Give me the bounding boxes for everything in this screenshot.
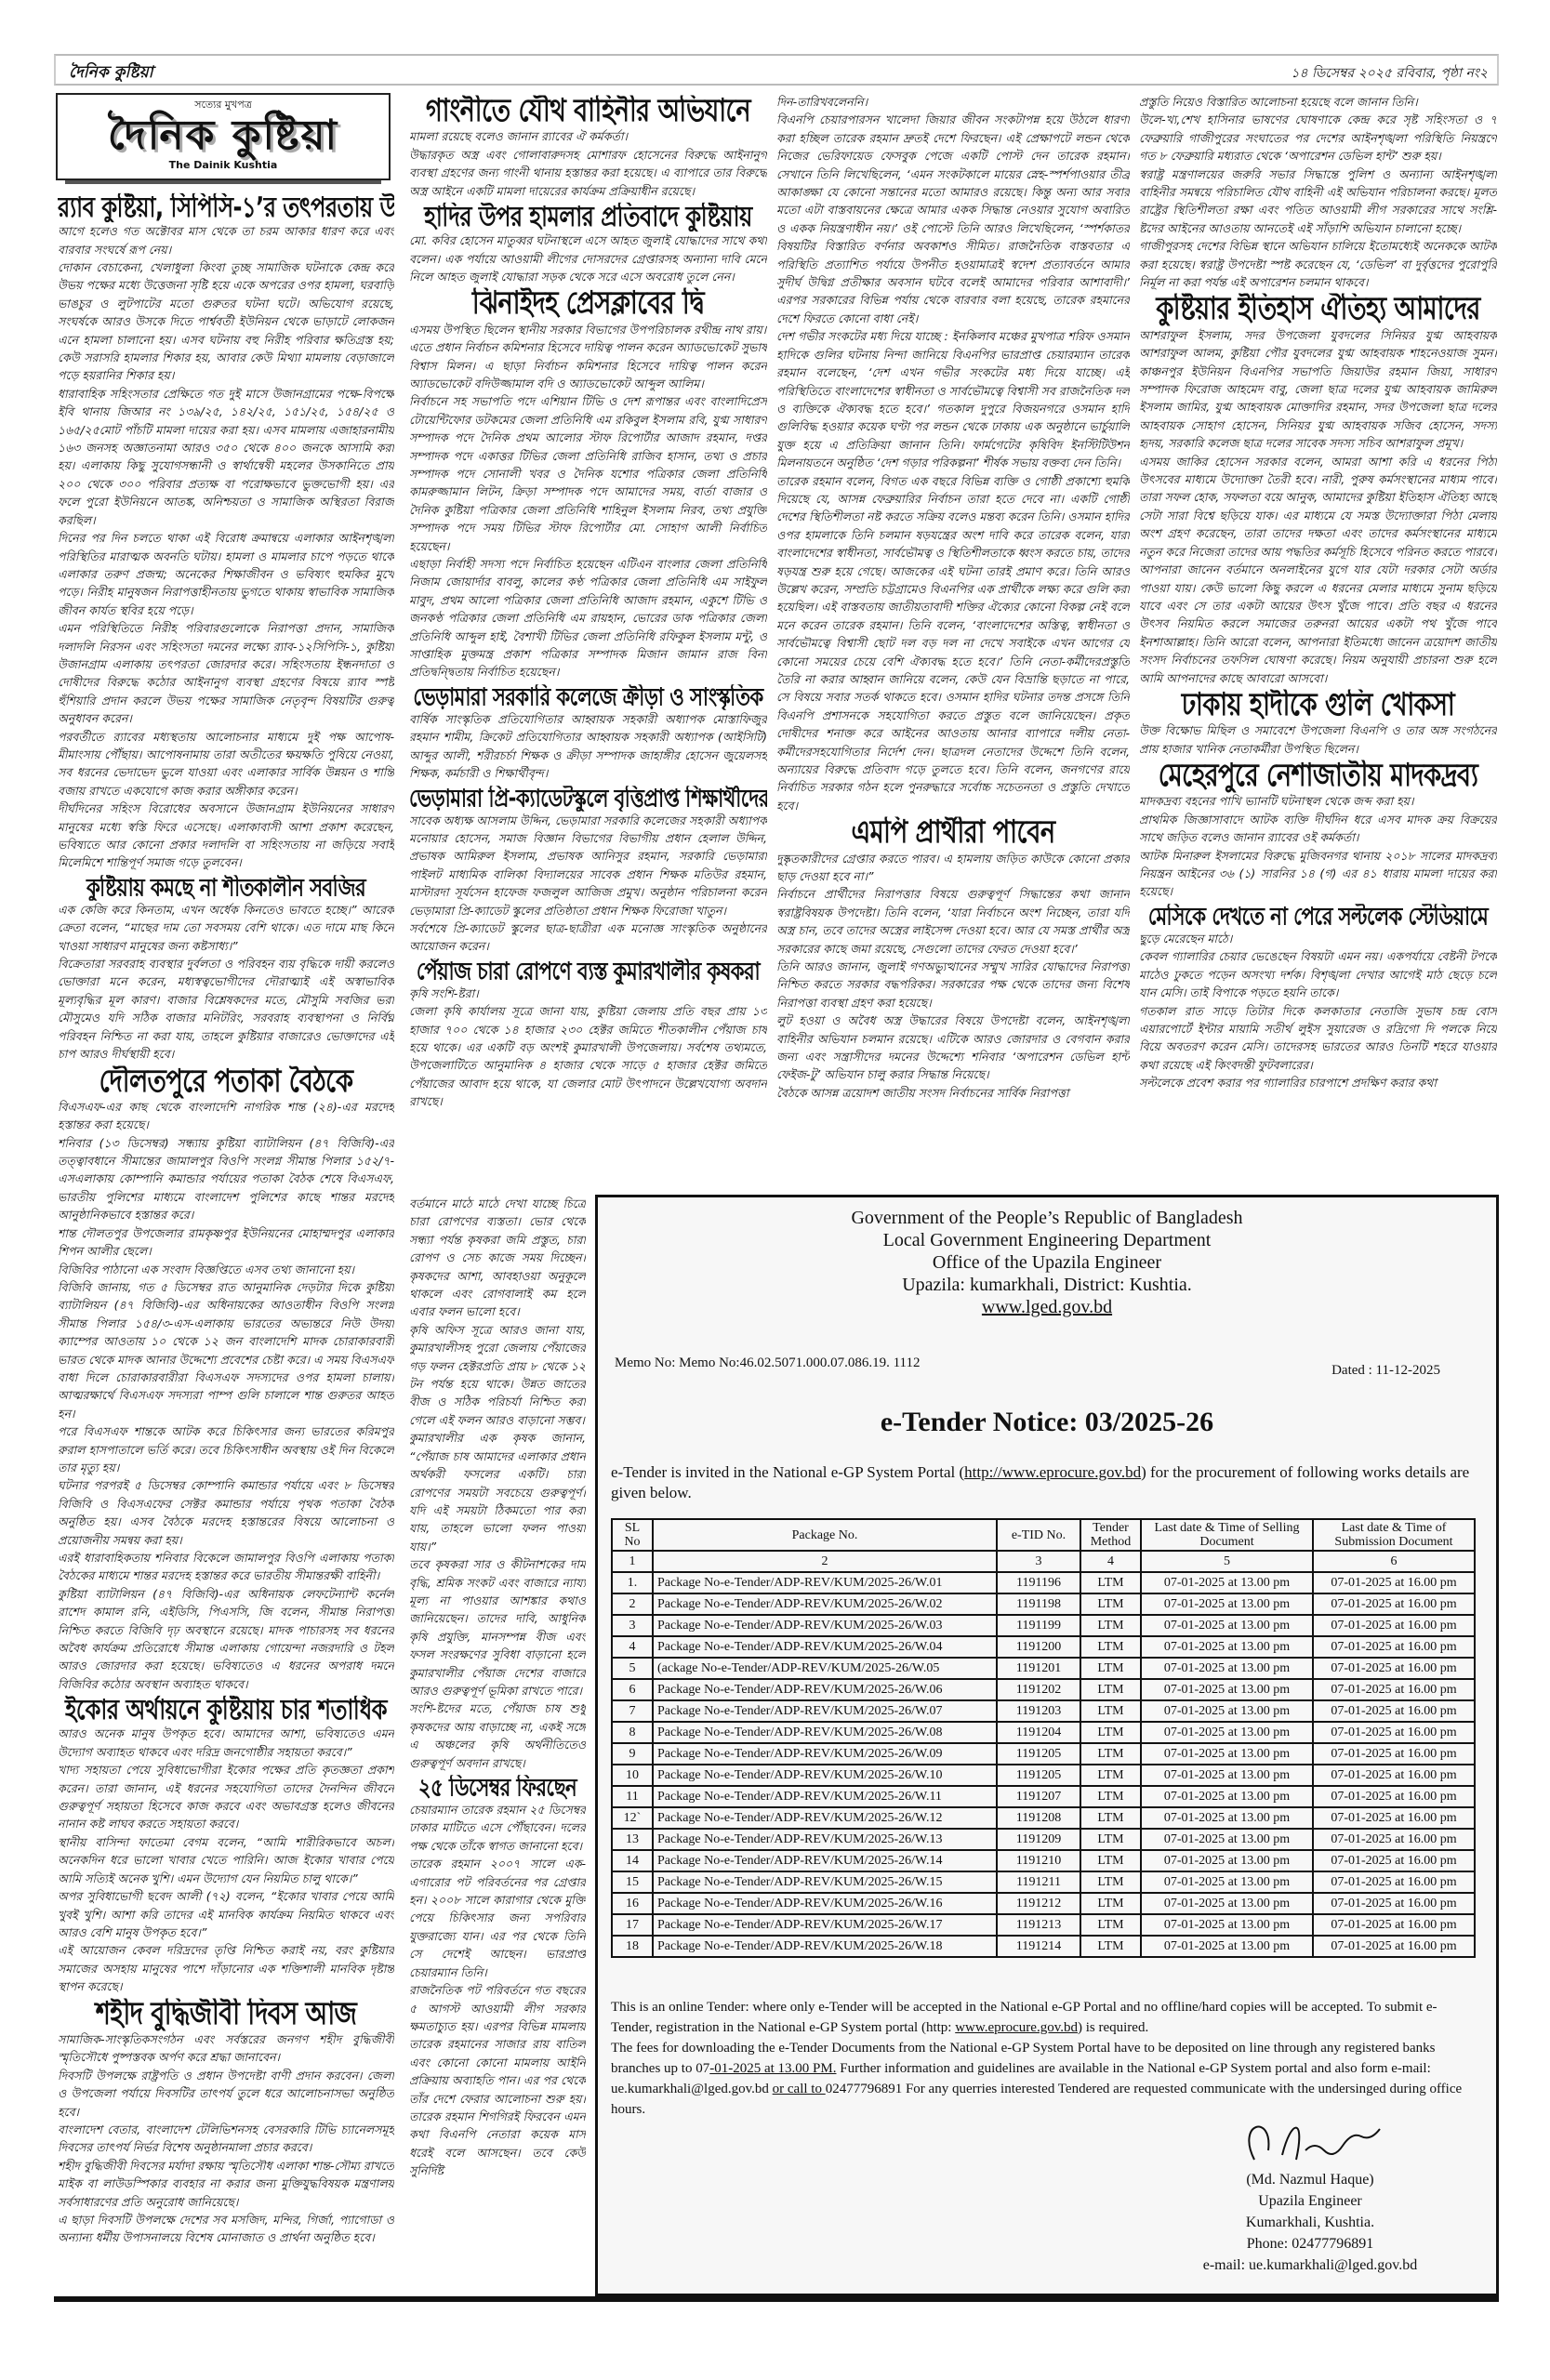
cell-submission: 07-01-2025 at 16.00 pm — [1313, 1765, 1475, 1786]
table-row: 4Package No-e-Tender/ADP-REV/KUM/2025-26… — [612, 1636, 1475, 1658]
signatory-phone: Phone: 02477796891 — [1189, 2233, 1431, 2254]
article-paragraph: স্থানীয় বাসিন্দা ফাতেমা বেগম বলেন, “আমি… — [58, 1833, 394, 1887]
cell-method: LTM — [1080, 1593, 1141, 1615]
headline: মেহেরপুরে নেশাজাতীয় মাদকদ্রব্য — [1139, 760, 1497, 793]
cell-sl: 11 — [612, 1786, 653, 1807]
cell-package: Package No-e-Tender/ADP-REV/KUM/2025-26/… — [653, 1722, 997, 1743]
cell-method: LTM — [1080, 1636, 1141, 1658]
cell-selling: 07-01-2025 at 13.00 pm — [1141, 1850, 1313, 1871]
article-paragraph: দিনের পর দিন চলতে থাকা এই বিরোধ ক্রমান্ব… — [58, 529, 394, 619]
terms-text: ) is required. — [1078, 2020, 1148, 2035]
cell-method: LTM — [1080, 1936, 1141, 1957]
table-row: 10Package No-e-Tender/ADP-REV/KUM/2025-2… — [612, 1765, 1475, 1786]
article-paragraph: সাবেক অধ্যক্ষ আসলাম উদ্দিন, ভেড়ামারা সর… — [409, 812, 767, 919]
cell-sl: 16 — [612, 1893, 653, 1914]
tender-intro: e-Tender is invited in the National e-GP… — [611, 1462, 1477, 1503]
article-paragraph: সর্বশেষে প্রি-ক্যাডেট স্কুলের ছাত্র-ছাত্… — [409, 919, 767, 956]
article-paragraph: বার্ষিক সাংস্কৃতিক প্রতিযোগিতার আহ্বায়ক… — [409, 710, 767, 783]
article-paragraph: ধারাবাহিক সহিংসতার প্রেক্ষিতে গত দুই মাস… — [58, 385, 394, 529]
cell-method: LTM — [1080, 1572, 1141, 1593]
table-column-number-row: 1 2 3 4 5 6 — [612, 1551, 1475, 1572]
headline: কুষ্টিয়ার ইতিহাস ঐতিহ্য আমাদের — [1139, 294, 1497, 326]
column-3: দিন-তারিখবলেননি। বিএনপি চেয়ারপারসন খালে… — [776, 93, 1130, 1190]
article-gangni-joint: গাংনীতে যৌথ বাহিনীর অভিযানে মামলা রয়েছে… — [409, 99, 767, 200]
article-paragraph: সামাজিক-সাংস্কৃতিকসংগঠন এবং সর্বস্তরের জ… — [58, 2030, 394, 2067]
cell-etid: 1191209 — [997, 1829, 1080, 1850]
article-paragraph: মাদকদ্রব্য বহনের পাখি ভ্যানটি ঘটনাস্থল থ… — [1139, 792, 1497, 810]
headline: ইকোর অর্থায়নে কুষ্টিয়ায় চার শতাধিক — [58, 1696, 394, 1725]
cell-package: Package No-e-Tender/ADP-REV/KUM/2025-26/… — [653, 1829, 997, 1850]
table-row: 8Package No-e-Tender/ADP-REV/KUM/2025-26… — [612, 1722, 1475, 1743]
article-paragraph: পরবর্তীতে র‌্যাবের মধ্যস্থতায় আলোচনার ম… — [58, 728, 394, 800]
article-paragraph: উলে-খ্য,শেখ হাসিনার ভাষণের ঘোষণাকে কেন্দ… — [1139, 111, 1497, 165]
article-paragraph: আশরাফুল ইসলাম, সদর উপজেলা যুবদলের সিনিয়… — [1139, 326, 1497, 453]
article-paragraph: লুট হওয়া ও অবৈধ অস্ত্র উদ্ধারের বিষয়ে … — [776, 1011, 1130, 1084]
cell-method: LTM — [1080, 1871, 1141, 1893]
masthead-name: দৈনিক কুষ্টিয়া — [58, 114, 389, 157]
article-paragraph: এমন পরিস্থিতিতে নিরীহ পরিবারগুলোকে নিরাপ… — [58, 619, 394, 727]
cell-sl: 8 — [612, 1722, 653, 1743]
article-paragraph: দোকান বেচাকেনা, খেলাধুলা কিংবা তুচ্ছ সাম… — [58, 258, 394, 385]
signatory-location: Kumarkhali, Kushtia. — [1189, 2212, 1431, 2233]
article-bheramara-college: ভেড়ামারা সরকারি কলেজে ক্রীড়া ও সাংস্কৃ… — [409, 687, 767, 783]
eprocure-link[interactable]: www.eprocure.gov.bd — [955, 2020, 1078, 2035]
cell-package: Package No-e-Tender/ADP-REV/KUM/2025-26/… — [653, 1636, 997, 1658]
cell-method: LTM — [1080, 1786, 1141, 1807]
cell-submission: 07-01-2025 at 16.00 pm — [1313, 1636, 1475, 1658]
headline: ভেড়ামারা প্রি-ক্যাডেটস্কুলে বৃত্তিপ্রাপ… — [409, 786, 767, 812]
cell-package: Package No-e-Tender/ADP-REV/KUM/2025-26/… — [653, 1572, 997, 1593]
tender-table-body: 1.Package No-e-Tender/ADP-REV/KUM/2025-2… — [612, 1572, 1475, 1957]
cell-method: LTM — [1080, 1914, 1141, 1936]
headline: র‌্যাব কুষ্টিয়া, সিপিসি-১’র তৎপরতায় উজ… — [58, 193, 394, 222]
headline: হাদির উপর হামলার প্রতিবাদে কুষ্টিয়ায় — [409, 203, 767, 231]
cell-submission: 07-01-2025 at 16.00 pm — [1313, 1572, 1475, 1593]
table-row: 12`Package No-e-Tender/ADP-REV/KUM/2025-… — [612, 1807, 1475, 1829]
cell-package: Package No-e-Tender/ADP-REV/KUM/2025-26/… — [653, 1743, 997, 1765]
article-paragraph: কুষ্টিয়া ব্যাটালিয়ন (৪৭ বিজিবি)-এর অধি… — [58, 1585, 394, 1693]
article-paragraph: বৈঠকে আসন্ন ত্রয়োদশ জাতীয় সংসদ নির্বাচ… — [776, 1084, 1130, 1102]
article-paragraph: পরে বিএসএফ শান্তকে আটক করে চিকিৎসার জন্য… — [58, 1422, 394, 1476]
article-paragraph: তারেক রহমান ২০০৭ সালে এক-এগারোর পট পরিবর… — [409, 1855, 586, 1981]
signatory-designation: Upazila Engineer — [1189, 2190, 1431, 2212]
column-2-upper: গাংনীতে যৌথ বাহিনীর অভিযানে মামলা রয়েছে… — [409, 93, 767, 1190]
headline: ঝিনাইদহ প্রেসক্লাবের দ্বি — [409, 288, 767, 321]
masthead-logo: সত্যের মুখপত্র দৈনিক কুষ্টিয়া The Daini… — [56, 93, 391, 180]
cell-sl: 1. — [612, 1572, 653, 1593]
cell-method: LTM — [1080, 1893, 1141, 1914]
cell-selling: 07-01-2025 at 13.00 pm — [1141, 1572, 1313, 1593]
article-paragraph: দীর্ঘদিনের সহিংস বিরোধের অবসানে উজানগ্রা… — [58, 800, 394, 872]
cell-sl: 7 — [612, 1700, 653, 1722]
table-row: 18Package No-e-Tender/ADP-REV/KUM/2025-2… — [612, 1936, 1475, 1957]
header-line: Office of the Upazila Engineer — [598, 1251, 1496, 1274]
article-paragraph: বিক্রেতারা সরবরাহ ব্যবস্থার দুর্বলতা ও প… — [58, 955, 394, 1063]
headline: এমপি প্রার্থীরা পাবেন — [776, 817, 1130, 850]
cell-sl: 9 — [612, 1743, 653, 1765]
cell-method: LTM — [1080, 1765, 1141, 1786]
table-row: 15Package No-e-Tender/ADP-REV/KUM/2025-2… — [612, 1871, 1475, 1893]
article-paragraph: জেলা কৃষি কার্যালয় সূত্রে জানা যায়, কু… — [409, 1002, 767, 1110]
cell-sl: 12` — [612, 1807, 653, 1829]
eprocure-link[interactable]: http://www.eprocure.gov.bd — [964, 1463, 1141, 1481]
cell-package: Package No-e-Tender/ADP-REV/KUM/2025-26/… — [653, 1893, 997, 1914]
table-row: 6Package No-e-Tender/ADP-REV/KUM/2025-26… — [612, 1679, 1475, 1700]
cell-sl: 10 — [612, 1765, 653, 1786]
cell-selling: 07-01-2025 at 13.00 pm — [1141, 1636, 1313, 1658]
cell-method: LTM — [1080, 1829, 1141, 1850]
cell-submission: 07-01-2025 at 16.00 pm — [1313, 1743, 1475, 1765]
cell-package: (ackage No-e-Tender/ADP-REV/KUM/2025-26/… — [653, 1658, 997, 1679]
cell-sl: 13 — [612, 1829, 653, 1850]
dated: Dated : 11-12-2025 — [1331, 1363, 1440, 1379]
cell-selling: 07-01-2025 at 13.00 pm — [1141, 1679, 1313, 1700]
article-paragraph: এতে প্রধান নির্বাচন কমিশনার হিসেবে দায়ি… — [409, 338, 767, 392]
cell-sl: 5 — [612, 1658, 653, 1679]
cell-sl: 14 — [612, 1850, 653, 1871]
cell-etid: 1191203 — [997, 1700, 1080, 1722]
column-number: 3 — [997, 1551, 1080, 1572]
headline: ২৫ ডিসেম্বর ফিরছেন — [409, 1775, 586, 1801]
cell-method: LTM — [1080, 1850, 1141, 1871]
table-row: 3Package No-e-Tender/ADP-REV/KUM/2025-26… — [612, 1615, 1475, 1636]
article-daulatpur-flag: দৌলতপুরে পতাকা বৈঠকে বিএসএফ-এর কাছ থেকে … — [58, 1069, 394, 1694]
article-paragraph: দিবসটি উপলক্ষে রাষ্ট্রপতি ও প্রধান উপদেষ… — [58, 2067, 394, 2121]
table-row: 2Package No-e-Tender/ADP-REV/KUM/2025-26… — [612, 1593, 1475, 1615]
article-paragraph: এসময় উপস্থিত ছিলেন স্থানীয় সরকার বিভাগ… — [409, 321, 767, 338]
article-paragraph: নির্বাচনে প্রার্থীদের নিরাপত্তার বিষয়ে … — [776, 885, 1130, 958]
article-rab-ujangram: র‌্যাব কুষ্টিয়া, সিপিসি-১’র তৎপরতায় উজ… — [58, 196, 394, 872]
cell-selling: 07-01-2025 at 13.00 pm — [1141, 1722, 1313, 1743]
table-header-row: SL No Package No. e-TID No. Tender Metho… — [612, 1519, 1475, 1551]
table-row: 5(ackage No-e-Tender/ADP-REV/KUM/2025-26… — [612, 1658, 1475, 1679]
article-paragraph: দুষ্কৃতকারীদের গ্রেপ্তার করতে পারব। এ হা… — [776, 850, 1130, 886]
cell-selling: 07-01-2025 at 13.00 pm — [1141, 1658, 1313, 1679]
article-paragraph: শহীদ বুদ্ধিজীবী দিবসের মর্যাদা রক্ষায় স… — [58, 2157, 394, 2211]
column-2-lower: বর্তমানে মাঠে মাঠে দেখা যাচ্ছে চিত্রে চা… — [409, 1195, 586, 2292]
column-header: Tender Method — [1080, 1519, 1141, 1551]
header-line: Upazila: kumarkhali, District: Kushtia. — [598, 1274, 1496, 1296]
tender-office-header: Government of the People’s Republic of B… — [598, 1207, 1496, 1318]
cell-etid: 1191199 — [997, 1615, 1080, 1636]
article-paragraph: দেশ গভীর সংকটের মধ্য দিয়ে যাচ্ছে : ইনকি… — [776, 327, 1130, 471]
masthead-name-en: The Dainik Kushtia — [58, 159, 389, 171]
table-row: 11Package No-e-Tender/ADP-REV/KUM/2025-2… — [612, 1786, 1475, 1807]
cell-etid: 1191210 — [997, 1850, 1080, 1871]
column-number: 5 — [1141, 1551, 1313, 1572]
article-paragraph: কৃষি সংশি-ষ্টরা। — [409, 985, 767, 1002]
column-number: 4 — [1080, 1551, 1141, 1572]
cell-method: LTM — [1080, 1615, 1141, 1636]
cell-sl: 18 — [612, 1936, 653, 1957]
cell-submission: 07-01-2025 at 16.00 pm — [1313, 1914, 1475, 1936]
column-number: 2 — [653, 1551, 997, 1572]
signatory-name: (Md. Nazmul Haque) — [1189, 2169, 1431, 2190]
cell-selling: 07-01-2025 at 13.00 pm — [1141, 1765, 1313, 1786]
article-paragraph: খাদ্য সহায়তা পেয়ে সুবিধাভোগীরা ইকোর পক… — [58, 1761, 394, 1833]
cell-method: LTM — [1080, 1679, 1141, 1700]
article-paragraph: অপর সুবিধাভোগী ছবেদ আলী (৭২) বলেন, “ইকোর… — [58, 1887, 394, 1941]
cell-etid: 1191213 — [997, 1914, 1080, 1936]
article-paragraph: সল্টলেকে প্রবেশ করার পর গ্যালারির চারপাশ… — [1139, 1074, 1497, 1091]
paper-name: দৈনিক কুষ্টিয়া — [69, 60, 153, 86]
cell-package: Package No-e-Tender/ADP-REV/KUM/2025-26/… — [653, 1850, 997, 1871]
cell-selling: 07-01-2025 at 13.00 pm — [1141, 1829, 1313, 1850]
article-paragraph: শনিবার (১৩ ডিসেম্বর) সন্ধ্যায় কুষ্টিয়া… — [58, 1134, 394, 1224]
article-paragraph: তিনি আরও জানান, জুলাই গণঅভ্যুত্থানের সম্… — [776, 958, 1130, 1011]
cell-etid: 1191212 — [997, 1893, 1080, 1914]
cell-submission: 07-01-2025 at 16.00 pm — [1313, 1615, 1475, 1636]
article-paragraph: প্রস্তুতি নিয়েও বিস্তারিত আলোচনা হয়েছে… — [1139, 93, 1497, 111]
cell-method: LTM — [1080, 1743, 1141, 1765]
article-paragraph: এছাড়া নির্বাহী সদস্য পদে নির্বাচিত হয়ে… — [409, 555, 767, 681]
cell-sl: 3 — [612, 1615, 653, 1636]
article-paragraph: বাংলাদেশ বেতার, বাংলাদেশ টেলিভিশনসহ বেসর… — [58, 2121, 394, 2157]
table-row: 1.Package No-e-Tender/ADP-REV/KUM/2025-2… — [612, 1572, 1475, 1593]
headline: মেসিকে দেখতে না পেরে সল্টলেক স্টেডিয়ামে — [1139, 904, 1497, 930]
cell-selling: 07-01-2025 at 13.00 pm — [1141, 1593, 1313, 1615]
cell-submission: 07-01-2025 at 16.00 pm — [1313, 1658, 1475, 1679]
cell-submission: 07-01-2025 at 16.00 pm — [1313, 1679, 1475, 1700]
article-paragraph: ঘটনার পরপরই ৫ ডিসেম্বর কোম্পানি কমান্ডার… — [58, 1476, 394, 1549]
article-paragraph: এসময় জাকির হোসেন সরকার বলেন, আমরা আশা ক… — [1139, 453, 1497, 687]
cell-submission: 07-01-2025 at 16.00 pm — [1313, 1829, 1475, 1850]
cell-etid: 1191205 — [997, 1765, 1080, 1786]
column-header: Package No. — [653, 1519, 997, 1551]
article-paragraph: বিএনপি চেয়ারপারসন খালেদা জিয়ার জীবন সং… — [776, 111, 1130, 327]
intro-text: e-Tender is invited in the National e-GP… — [611, 1463, 964, 1481]
cell-etid: 1191205 — [997, 1743, 1080, 1765]
date-page-info: ১৪ ডিসেম্বর ২০২৫ রবিবার, পৃষ্ঠা নং২ — [1291, 62, 1488, 85]
cell-sl: 15 — [612, 1871, 653, 1893]
cell-package: Package No-e-Tender/ADP-REV/KUM/2025-26/… — [653, 1914, 997, 1936]
article-meherpur-drugs: মেহেরপুরে নেশাজাতীয় মাদকদ্রব্য মাদকদ্রব… — [1139, 763, 1497, 901]
cell-selling: 07-01-2025 at 13.00 pm — [1141, 1936, 1313, 1957]
cell-package: Package No-e-Tender/ADP-REV/KUM/2025-26/… — [653, 1807, 997, 1829]
article-hadi-protest: হাদির উপর হামলার প্রতিবাদে কুষ্টিয়ায় ম… — [409, 205, 767, 285]
article-paragraph: গতকাল রাত সাড়ে তিটার দিকে কলকাতার নেতাজ… — [1139, 1002, 1497, 1075]
article-paragraph: মামলা রয়েছে বলেও জানান র‌্যাবের ঐ কর্মক… — [409, 127, 767, 145]
article-martyred-intellectuals: শহীদ বুদ্ধিজীবী দিবস আজ সামাজিক-সাংস্কৃত… — [58, 2002, 394, 2247]
cell-etid: 1191200 — [997, 1636, 1080, 1658]
cell-package: Package No-e-Tender/ADP-REV/KUM/2025-26/… — [653, 1936, 997, 1957]
tender-advertisement: Government of the People’s Republic of B… — [595, 1195, 1499, 2296]
cell-package: Package No-e-Tender/ADP-REV/KUM/2025-26/… — [653, 1679, 997, 1700]
cell-method: LTM — [1080, 1807, 1141, 1829]
table-row: 9Package No-e-Tender/ADP-REV/KUM/2025-26… — [612, 1743, 1475, 1765]
article-paragraph: উদ্ধারকৃত অস্ত্র এবং গোলাবারুদসহ মোশারফ … — [409, 146, 767, 200]
cell-package: Package No-e-Tender/ADP-REV/KUM/2025-26/… — [653, 1786, 997, 1807]
cell-etid: 1191196 — [997, 1572, 1080, 1593]
call-text: or call to — [773, 2082, 826, 2096]
article-paragraph: রাজনৈতিক পট পরিবর্তনে গত বছরের ৫ আগস্ট আ… — [409, 1981, 586, 2179]
headline: পেঁয়াজ চারা রোপণে ব্যস্ত কুমারখালীর কৃষ… — [409, 959, 767, 985]
cell-package: Package No-e-Tender/ADP-REV/KUM/2025-26/… — [653, 1871, 997, 1893]
cell-submission: 07-01-2025 at 16.00 pm — [1313, 1786, 1475, 1807]
table-row: 14Package No-e-Tender/ADP-REV/KUM/2025-2… — [612, 1850, 1475, 1871]
cell-etid: 1191202 — [997, 1679, 1080, 1700]
headline: দৌলতপুরে পতাকা বৈঠকে — [58, 1065, 394, 1098]
cell-submission: 07-01-2025 at 16.00 pm — [1313, 1936, 1475, 1957]
cell-submission: 07-01-2025 at 16.00 pm — [1313, 1700, 1475, 1722]
cell-method: LTM — [1080, 1658, 1141, 1679]
header-line: Government of the People’s Republic of B… — [598, 1207, 1496, 1229]
cell-package: Package No-e-Tender/ADP-REV/KUM/2025-26/… — [653, 1593, 997, 1615]
table-row: 17Package No-e-Tender/ADP-REV/KUM/2025-2… — [612, 1914, 1475, 1936]
article-paragraph: আরও অনেক মানুষ উপকৃত হবে। আমাদের আশা, ভব… — [58, 1725, 394, 1761]
page-bottom-rule — [54, 2296, 1499, 2302]
cell-etid: 1191204 — [997, 1722, 1080, 1743]
column-header: Last date & Time of Submission Document — [1313, 1519, 1475, 1551]
signature-block: (Md. Nazmul Haque) Upazila Engineer Kuma… — [1189, 2113, 1431, 2276]
deadline-text: -01-2025 at 13.00 PM. — [709, 2061, 836, 2076]
article-paragraph: কৃষি অফিস সূত্রে আরও জানা যায়, কুমারখাল… — [409, 1321, 586, 1429]
article-paragraph: শান্ত দৌলতপুর উপজেলার রামকৃষ্ণপুর ইউনিয়… — [58, 1224, 394, 1261]
cell-etid: 1191211 — [997, 1871, 1080, 1893]
article-icor-char: ইকোর অর্থায়নে কুষ্টিয়ায় চার শতাধিক আর… — [58, 1699, 394, 1995]
cell-submission: 07-01-2025 at 16.00 pm — [1313, 1850, 1475, 1871]
cell-etid: 1191214 — [997, 1936, 1080, 1957]
cell-sl: 6 — [612, 1679, 653, 1700]
article-paragraph: বিএসএফ-এর কাছ থেকে বাংলাদেশি নাগরিক শান্… — [58, 1098, 394, 1134]
cell-submission: 07-01-2025 at 16.00 pm — [1313, 1593, 1475, 1615]
cell-package: Package No-e-Tender/ADP-REV/KUM/2025-26/… — [653, 1765, 997, 1786]
article-jhenaidah-press: ঝিনাইদহ প্রেসক্লাবের দ্বি এসময় উপস্থিত … — [409, 291, 767, 681]
headline: ভেড়ামারা সরকারি কলেজে ক্রীড়া ও সাংস্কৃ… — [409, 684, 767, 710]
article-winter-veg: কুষ্টিয়ায় কমছে না শীতকালীন সবজির এক কে… — [58, 878, 394, 1064]
article-paragraph: সংশি-ষ্টদের মতে, পেঁয়াজ চাষ শুধু কৃষকদে… — [409, 1699, 586, 1772]
article-paragraph: এরই ধারাবাহিকতায় শনিবার বিকেলে জামালপুর… — [58, 1549, 394, 1585]
cell-etid: 1191207 — [997, 1786, 1080, 1807]
cell-package: Package No-e-Tender/ADP-REV/KUM/2025-26/… — [653, 1700, 997, 1722]
table-row: 16Package No-e-Tender/ADP-REV/KUM/2025-2… — [612, 1893, 1475, 1914]
article-paragraph: তারেক রহমান বলেন, বিগত এক বছরে বিভিন্ন ব… — [776, 472, 1130, 815]
header-line: Local Government Engineering Department — [598, 1229, 1496, 1251]
masthead-underline — [65, 180, 381, 184]
article-tarique-continued: দিন-তারিখবলেননি। বিএনপি চেয়ারপারসন খালে… — [776, 93, 1130, 814]
article-paragraph: আটক মিনারুল ইসলামের বিরুদ্ধে মুজিবনগর থা… — [1139, 847, 1497, 901]
article-paragraph: ছুড়ে মেরেছেন মাঠে। — [1139, 930, 1497, 947]
article-paragraph: তবে কৃষকরা সার ও কীটনাশকের দাম বৃদ্ধি, শ… — [409, 1555, 586, 1699]
column-header: Last date & Time of Selling Document — [1141, 1519, 1313, 1551]
tender-table: SL No Package No. e-TID No. Tender Metho… — [611, 1518, 1476, 1958]
table-row: 7Package No-e-Tender/ADP-REV/KUM/2025-26… — [612, 1700, 1475, 1722]
cell-selling: 07-01-2025 at 13.00 pm — [1141, 1893, 1313, 1914]
article-paragraph: স্বরাষ্ট্র মন্ত্রণালয়ের জরুরি সভার সিদ্… — [1139, 165, 1497, 238]
article-onion-seedling: পেঁয়াজ চারা রোপণে ব্যস্ত কুমারখালীর কৃষ… — [409, 961, 767, 1111]
article-paragraph: বর্তমানে মাঠে মাঠে দেখা যাচ্ছে চিত্রে চা… — [409, 1195, 586, 1321]
cell-etid: 1191198 — [997, 1593, 1080, 1615]
signatory-email[interactable]: e-mail: ue.kumarkhali@lged.gov.bd — [1189, 2254, 1431, 2276]
column-1: র‌্যাব কুষ্টিয়া, সিপিসি-১’র তৎপরতায় উজ… — [58, 191, 394, 2292]
article-devil-hunt: প্রস্তুতি নিয়েও বিস্তারিত আলোচনা হয়েছে… — [1139, 93, 1497, 291]
cell-etid: 1191208 — [997, 1807, 1080, 1829]
article-paragraph: উক্ত বিক্ষোভ মিছিল ও সমাবেশে উপজেলা বিএন… — [1139, 721, 1497, 758]
article-dec25-return: ২৫ ডিসেম্বর ফিরছেন চেয়ারম্যান তারেক রহম… — [409, 1778, 586, 2180]
article-paragraph: কেবল গ্যালারির চেয়ার ভেঙেছেন বিষয়টা এম… — [1139, 947, 1497, 1001]
column-number: 6 — [1313, 1551, 1475, 1572]
article-paragraph: বিজিবির পাঠানো এক সংবাদ বিজ্ঞপ্তিতে এসব … — [58, 1261, 394, 1278]
tender-terms: This is an online Tender: where only e-T… — [611, 1997, 1477, 2120]
cell-selling: 07-01-2025 at 13.00 pm — [1141, 1807, 1313, 1829]
article-paragraph: প্রাথমিক জিজ্ঞাসাবাদে আটক ব্যক্তি দীর্ঘদ… — [1139, 811, 1497, 847]
article-paragraph: এক কেজি করে কিনতাম, এখন অর্ধেক কিনতেও ভা… — [58, 901, 394, 955]
article-paragraph: এই আয়োজন কেবল দরিদ্রদের তৃপ্তি নিশ্চিত … — [58, 1941, 394, 1995]
cell-submission: 07-01-2025 at 16.00 pm — [1313, 1722, 1475, 1743]
cell-sl: 17 — [612, 1914, 653, 1936]
article-mp-candidates: এমপি প্রার্থীরা পাবেন দুষ্কৃতকারীদের গ্র… — [776, 820, 1130, 1102]
article-kushtia-heritage: কুষ্টিয়ার ইতিহাস ঐতিহ্য আমাদের আশরাফুল … — [1139, 297, 1497, 686]
cell-method: LTM — [1080, 1700, 1141, 1722]
cell-selling: 07-01-2025 at 13.00 pm — [1141, 1615, 1313, 1636]
tender-title: e-Tender Notice: 03/2025-26 — [598, 1407, 1496, 1438]
column-4: প্রস্তুতি নিয়েও বিস্তারিত আলোচনা হয়েছে… — [1139, 93, 1497, 1190]
article-paragraph: এ ছাড়া দিবসটি উপলক্ষে দেশের সব মসজিদ, ম… — [58, 2211, 394, 2247]
headline: শহীদ বুদ্ধিজীবী দিবস আজ — [58, 1998, 394, 2030]
article-paragraph: নির্বাচনে সহ সভাপতি পদে এশিয়ান টিভি ও দ… — [409, 392, 767, 555]
cell-submission: 07-01-2025 at 16.00 pm — [1313, 1807, 1475, 1829]
article-dhaka-hadi: ঢাকায় হাদীকে গুলি খোকসা উক্ত বিক্ষোভ মি… — [1139, 693, 1497, 758]
cell-selling: 07-01-2025 at 13.00 pm — [1141, 1700, 1313, 1722]
headline: কুষ্টিয়ায় কমছে না শীতকালীন সবজির — [58, 875, 394, 901]
article-bheramara-precadet: ভেড়ামারা প্রি-ক্যাডেটস্কুলে বৃত্তিপ্রাপ… — [409, 788, 767, 956]
cell-submission: 07-01-2025 at 16.00 pm — [1313, 1871, 1475, 1893]
article-paragraph: গাজীপুরসহ দেশের বিভিন্ন স্থানে অভিযান চা… — [1139, 237, 1497, 291]
cell-selling: 07-01-2025 at 13.00 pm — [1141, 1786, 1313, 1807]
column-header: e-TID No. — [997, 1519, 1080, 1551]
website-link[interactable]: www.lged.gov.bd — [598, 1296, 1496, 1318]
column-header: SL No — [612, 1519, 653, 1551]
table-row: 13Package No-e-Tender/ADP-REV/KUM/2025-2… — [612, 1829, 1475, 1850]
cell-etid: 1191201 — [997, 1658, 1080, 1679]
article-paragraph: চেয়ারম্যান তারেক রহমান ২৫ ডিসেম্বর ঢাকা… — [409, 1801, 586, 1855]
cell-selling: 07-01-2025 at 13.00 pm — [1141, 1871, 1313, 1893]
headline: ঢাকায় হাদীকে গুলি খোকসা — [1139, 689, 1497, 721]
signature-scribble-icon — [1189, 2113, 1431, 2169]
cell-selling: 07-01-2025 at 13.00 pm — [1141, 1743, 1313, 1765]
cell-selling: 07-01-2025 at 13.00 pm — [1141, 1914, 1313, 1936]
memo-number: Memo No: Memo No:46.02.5071.000.07.086.1… — [615, 1355, 920, 1371]
article-paragraph: বিজিবি জানায়, গত ৫ ডিসেম্বর রাত আনুমানি… — [58, 1278, 394, 1422]
article-paragraph: মো. কবির হোসেন মাতুব্বর ঘটনাস্থলে এসে আহ… — [409, 231, 767, 285]
cell-sl: 4 — [612, 1636, 653, 1658]
article-messi-saltlake: মেসিকে দেখতে না পেরে সল্টলেক স্টেডিয়ামে… — [1139, 906, 1497, 1092]
column-number: 1 — [612, 1551, 653, 1572]
article-paragraph: দিন-তারিখবলেননি। — [776, 93, 1130, 111]
cell-package: Package No-e-Tender/ADP-REV/KUM/2025-26/… — [653, 1615, 997, 1636]
cell-method: LTM — [1080, 1722, 1141, 1743]
cell-sl: 2 — [612, 1593, 653, 1615]
page-header-bar: দৈনিক কুষ্টিয়া ১৪ ডিসেম্বর ২০২৫ রবিবার,… — [54, 54, 1499, 86]
cell-submission: 07-01-2025 at 16.00 pm — [1313, 1893, 1475, 1914]
article-paragraph: আগে হলেও গত অক্টোবর মাস থেকে তা চরম আকার… — [58, 222, 394, 258]
article-paragraph: কুমারখালীর এক কৃষক জানান, “পেঁয়াজ চাষ আ… — [409, 1429, 586, 1555]
headline: গাংনীতে যৌথ বাহিনীর অভিযানে — [409, 95, 767, 127]
